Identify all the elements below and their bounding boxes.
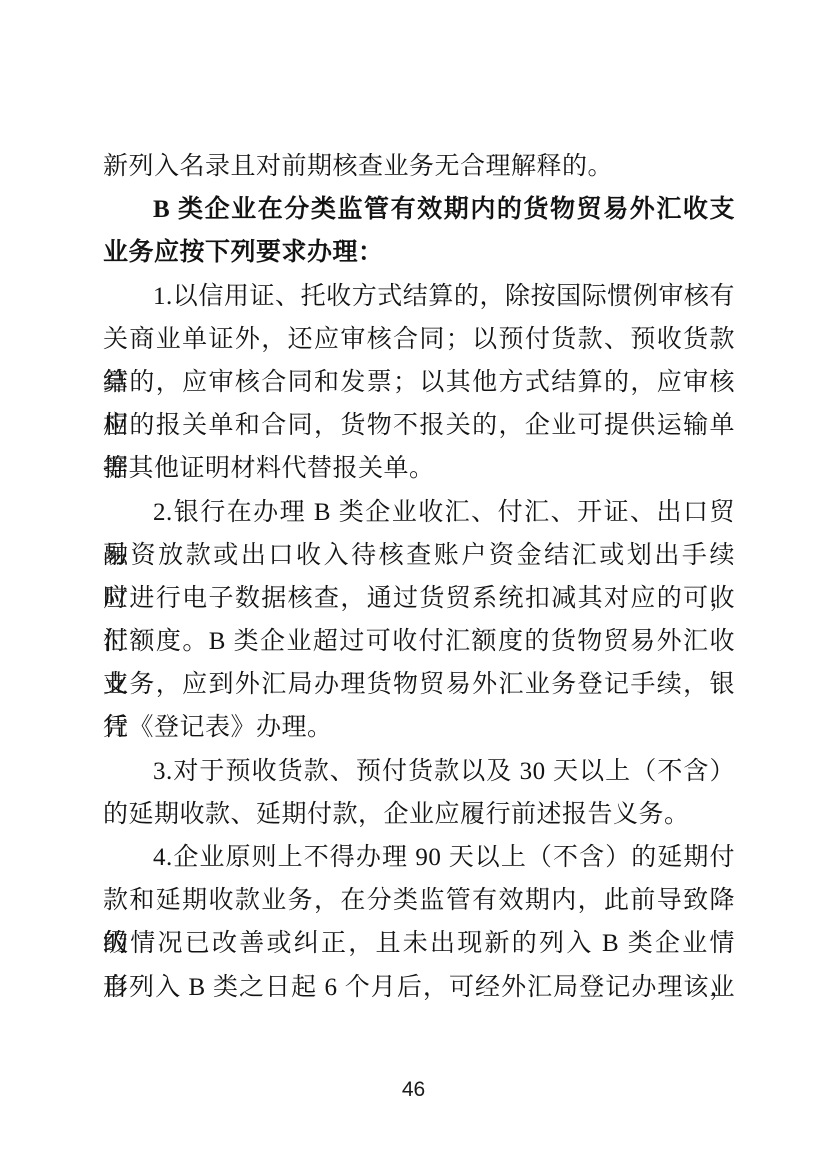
text-line: 业务应按下列要求办理： (103, 231, 735, 274)
heading-class-b-requirements: B 类企业在分类监管有效期内的货物贸易外汇收支业务应按下列要求办理： (103, 188, 735, 274)
text-line: 算的，应审核合同和发票；以其他方式结算的，应审核相 (103, 361, 735, 404)
paragraph-item-3: 3.对于预收货款、预付货款以及 30 天以上（不含）的延期收款、延期付款，企业应… (103, 750, 735, 836)
text-line: 1.以信用证、托收方式结算的，除按国际惯例审核有 (103, 275, 735, 318)
text-line: 业务，应到外汇局办理货物贸易外汇业务登记手续，银行 (103, 663, 735, 706)
text-line: B 类企业在分类监管有效期内的货物贸易外汇收支 (103, 188, 735, 231)
text-line: 融资放款或出口收入待核查账户资金结汇或划出手续时， (103, 534, 735, 577)
text-line: 等其他证明材料代替报关单。 (103, 447, 735, 490)
document-page: 新列入名录且对前期核查业务无合理解释的。B 类企业在分类监管有效期内的货物贸易外… (0, 0, 827, 1170)
page-footer: 46 (0, 1078, 827, 1102)
text-line: 4.企业原则上不得办理 90 天以上（不含）的延期付 (103, 836, 735, 879)
paragraph-item-4: 4.企业原则上不得办理 90 天以上（不含）的延期付款和延期收款业务，在分类监管… (103, 836, 735, 1009)
text-line: 凭《登记表》办理。 (103, 706, 735, 749)
document-body: 新列入名录且对前期核查业务无合理解释的。B 类企业在分类监管有效期内的货物贸易外… (103, 145, 735, 1009)
paragraph-item-2: 2.银行在办理 B 类企业收汇、付汇、开证、出口贸易融资放款或出口收入待核查账户… (103, 491, 735, 750)
text-line: 应进行电子数据核查，通过货贸系统扣减其对应的可收付 (103, 577, 735, 620)
text-line: 3.对于预收货款、预付货款以及 30 天以上（不含） (103, 750, 735, 793)
text-line: 2.银行在办理 B 类企业收汇、付汇、开证、出口贸易 (103, 491, 735, 534)
text-line: 汇额度。B 类企业超过可收付汇额度的货物贸易外汇收支 (103, 620, 735, 663)
page-number: 46 (402, 1078, 425, 1101)
paragraph-continuation: 新列入名录且对前期核查业务无合理解释的。 (103, 145, 735, 188)
text-line: 新列入名录且对前期核查业务无合理解释的。 (103, 145, 735, 188)
text-line: 应的报关单和合同，货物不报关的，企业可提供运输单据 (103, 404, 735, 447)
text-line: 关商业单证外，还应审核合同；以预付货款、预收货款结 (103, 318, 735, 361)
text-line: 的延期收款、延期付款，企业应履行前述报告义务。 (103, 793, 735, 836)
text-line: 的情况已改善或纠正，且未出现新的列入 B 类企业情形， (103, 922, 735, 965)
text-line: 自列入 B 类之日起 6 个月后，可经外汇局登记办理该业 (103, 966, 735, 1009)
text-line: 款和延期收款业务，在分类监管有效期内，此前导致降级 (103, 879, 735, 922)
paragraph-item-1: 1.以信用证、托收方式结算的，除按国际惯例审核有关商业单证外，还应审核合同；以预… (103, 275, 735, 491)
